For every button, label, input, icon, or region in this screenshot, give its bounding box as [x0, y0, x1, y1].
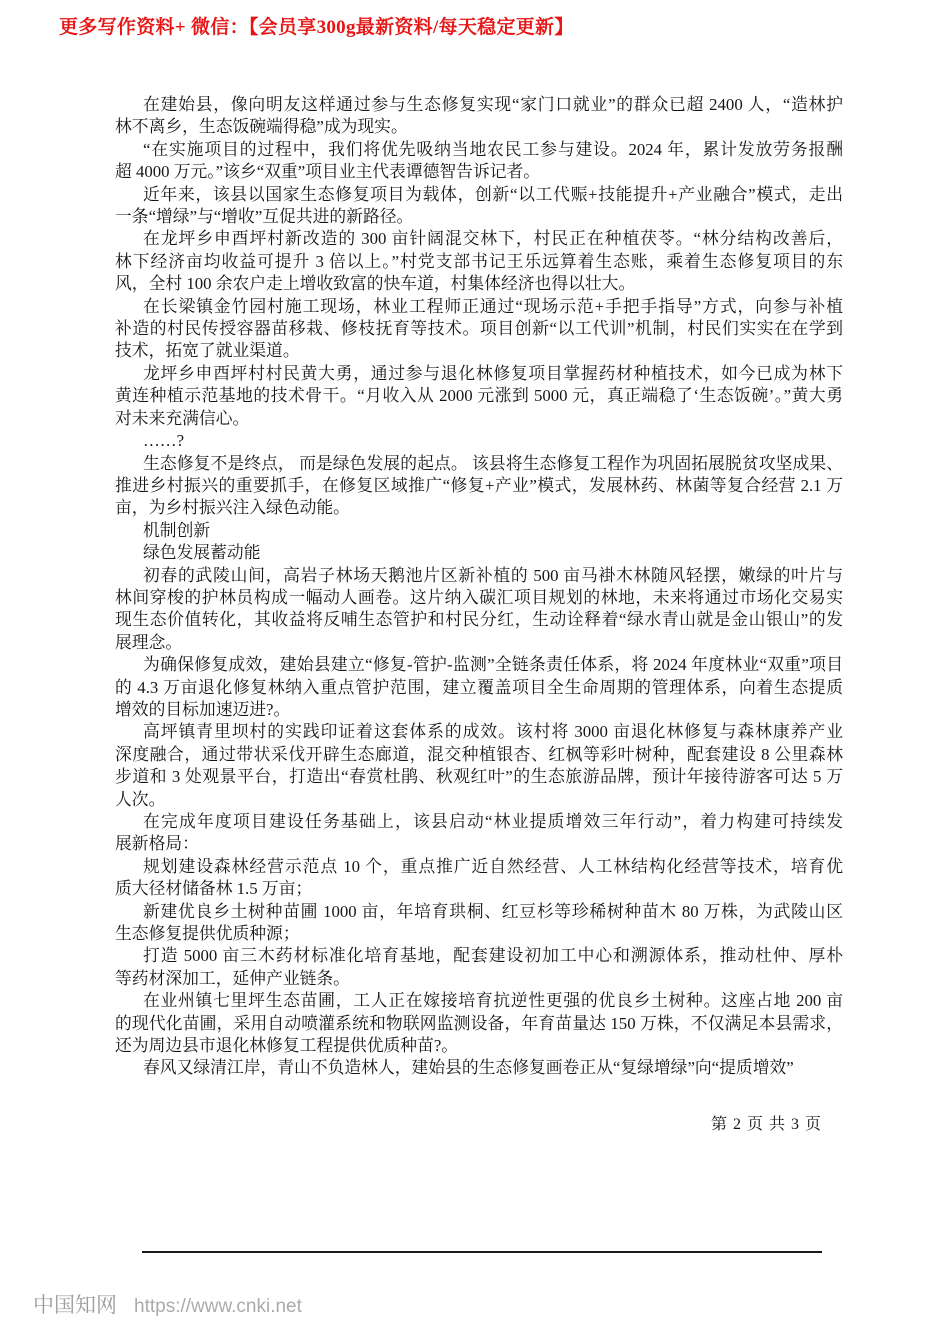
page-number: 第 2 页 共 3 页 [711, 1111, 822, 1134]
text-line: 技术，拓宽了就业渠道。 [115, 340, 843, 362]
text-line: 的 4.3 万亩退化修复林纳入重点管护范围，建立覆盖项目全生命周期的管理体系，向… [115, 677, 843, 699]
text-line: 一条“增绿”与“增收”互促共进的新路径。 [115, 206, 843, 228]
text-line: 初春的武陵山间，高岩子林场天鹅池片区新补植的 500 亩马褂木林随风轻摆，嫩绿的… [115, 565, 843, 587]
promo-header: 更多写作资料+ 微信：【会员享300g最新资料/每天稳定更新】 [59, 12, 574, 39]
text-line: 的现代化苗圃，采用自动喷灌系统和物联网监测设备，年育苗量达 150 万株，不仅满… [115, 1013, 843, 1035]
text-line: 还为周边县市退化林修复工程提供优质种苗?。 [115, 1035, 843, 1057]
text-line: 绿色发展蓄动能 [115, 542, 843, 564]
text-line: 推进乡村振兴的重要抓手，在修复区域推广“修复+产业”模式，发展林药、林菌等复合经… [115, 475, 843, 497]
watermark-url: https://www.cnki.net [134, 1296, 302, 1317]
text-line: 林间穿梭的护林员构成一幅动人画卷。这片纳入碳汇项目规划的林地，未来将通过市场化交… [115, 587, 843, 609]
text-line: 展理念。 [115, 632, 843, 654]
text-line: 在龙坪乡申酉坪村新改造的 300 亩针阔混交林下，村民正在种植茯苓。“林分结构改… [115, 228, 843, 250]
text-line: 步道和 3 处观景平台，打造出“春赏杜鹃、秋观红叶”的生态旅游品牌，预计年接待游… [115, 766, 843, 788]
text-line: 在完成年度项目建设任务基础上，该县启动“林业提质增效三年行动”，着力构建可持续发 [115, 811, 843, 833]
divider-line [142, 1251, 822, 1253]
text-line: 补造的村民传授容器苗移栽、修枝抚育等技术。项目创新“以工代训”机制，村民们实实在… [115, 318, 843, 340]
text-line: 深度融合，通过带状采伐开辟生态廊道，混交种植银杏、红枫等彩叶树种，配套建设 8 … [115, 744, 843, 766]
text-line: 在建始县，像向明友这样通过参与生态修复实现“家门口就业”的群众已超 2400 人… [115, 94, 843, 116]
text-line: 展新格局： [115, 833, 843, 855]
text-line: 亩，为乡村振兴注入绿色动能。 [115, 497, 843, 519]
text-line: 近年来，该县以国家生态修复项目为载体，创新“以工代赈+技能提升+产业融合”模式，… [115, 184, 843, 206]
text-line: 风，全村 100 余农户走上增收致富的快车道，村集体经济也得以壮大。 [115, 273, 843, 295]
text-line: 黄连种植示范基地的技术骨干。“月收入从 2000 元涨到 5000 元，真正端稳… [115, 385, 843, 407]
text-line: 对未来充满信心。 [115, 408, 843, 430]
text-line: 春风又绿清江岸，青山不负造林人，建始县的生态修复画卷正从“复绿增绿”向“提质增效… [115, 1057, 843, 1079]
text-line: 等药材深加工，延伸产业链条。 [115, 968, 843, 990]
text-line: 生态修复不是终点， 而是绿色发展的起点。 该县将生态修复工程作为巩固拓展脱贫攻坚… [115, 453, 843, 475]
text-line: 高坪镇青里坝村的实践印证着这套体系的成效。该村将 3000 亩退化林修复与森林康… [115, 721, 843, 743]
text-line: 打造 5000 亩三木药材标准化培育基地，配套建设初加工中心和溯源体系，推动杜仲… [115, 945, 843, 967]
text-line: 生态修复提供优质种源； [115, 923, 843, 945]
text-line: 在长梁镇金竹园村施工现场，林业工程师正通过“现场示范+手把手指导”方式，向参与补… [115, 296, 843, 318]
document-body: 在建始县，像向明友这样通过参与生态修复实现“家门口就业”的群众已超 2400 人… [115, 94, 843, 1080]
text-line: 质大径材储备林 1.5 万亩； [115, 878, 843, 900]
text-line: 现生态价值转化，其收益将反哺生态管护和村民分红，生动诠释着“绿水青山就是金山银山… [115, 609, 843, 631]
text-line: 为确保修复成效，建始县建立“修复-管护-监测”全链条责任体系，将 2024 年度… [115, 654, 843, 676]
text-line: 新建优良乡土树种苗圃 1000 亩，年培育珙桐、红豆杉等珍稀树种苗木 80 万株… [115, 901, 843, 923]
text-line: 超 4000 万元。”该乡“双重”项目业主代表谭德智告诉记者。 [115, 161, 843, 183]
text-line: 林下经济亩均收益可提升 3 倍以上。”村党支部书记王乐远算着生态账，乘着生态修复… [115, 251, 843, 273]
text-line: 人次。 [115, 789, 843, 811]
text-line: 机制创新 [115, 520, 843, 542]
watermark: 中国知网https://www.cnki.net [33, 1289, 302, 1319]
text-line: “在实施项目的过程中，我们将优先吸纳当地农民工参与建设。2024 年，累计发放劳… [115, 139, 843, 161]
document-page: 更多写作资料+ 微信：【会员享300g最新资料/每天稳定更新】 在建始县，像向明… [0, 0, 950, 1344]
text-line: 在业州镇七里坪生态苗圃，工人正在嫁接培育抗逆性更强的优良乡土树种。这座占地 20… [115, 990, 843, 1012]
text-line: ……? [115, 430, 843, 452]
text-line: 规划建设森林经营示范点 10 个，重点推广近自然经营、人工林结构化经营等技术，培… [115, 856, 843, 878]
watermark-brand: 中国知网 [33, 1294, 117, 1317]
text-line: 龙坪乡申酉坪村村民黄大勇，通过参与退化林修复项目掌握药材种植技术，如今已成为林下 [115, 363, 843, 385]
text-line: 增效的目标加速迈进?。 [115, 699, 843, 721]
text-line: 林不离乡，生态饭碗端得稳”成为现实。 [115, 116, 843, 138]
